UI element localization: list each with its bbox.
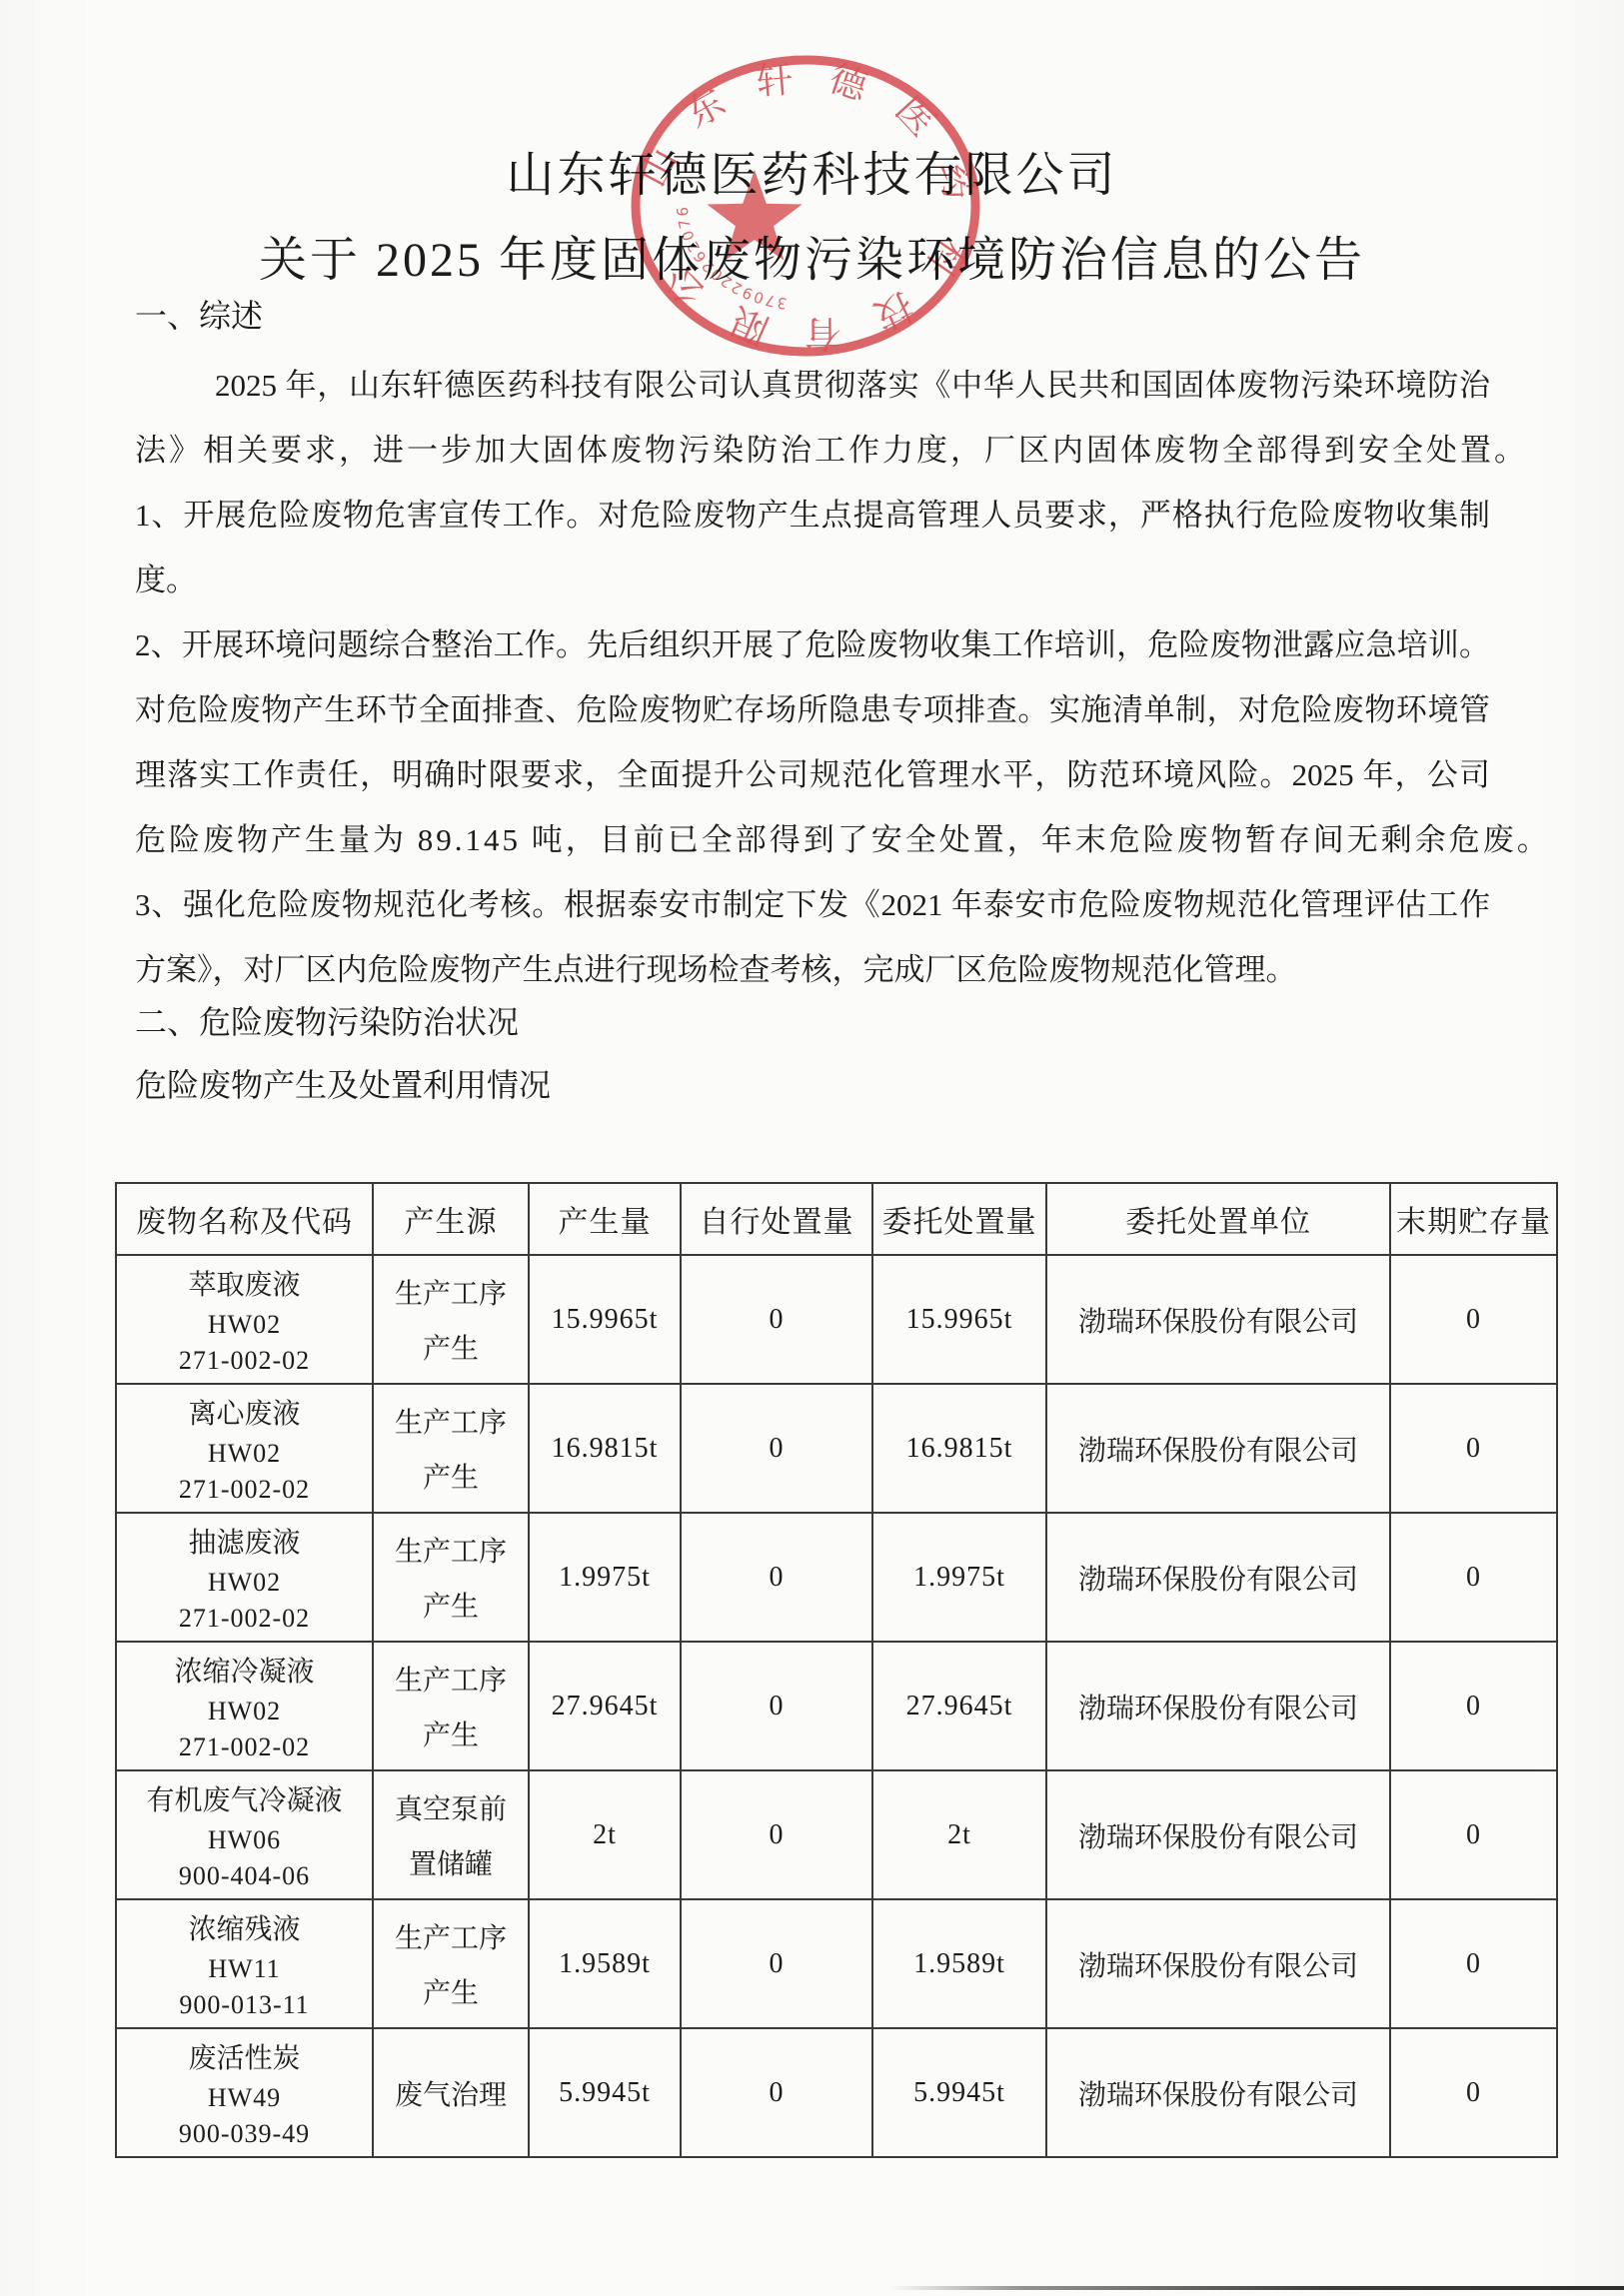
source-line: 产生 [423, 1456, 479, 1496]
self-disposed-amount: 0 [681, 1255, 872, 1384]
header-end-storage: 末期贮存量 [1390, 1183, 1557, 1255]
body-line: 度。 [135, 560, 1490, 601]
source-line: 生产工序 [395, 1401, 507, 1441]
waste-hw-code: HW11 [208, 1954, 280, 1984]
end-storage-amount: 0 [1390, 1642, 1557, 1770]
table-row: 离心废液HW02271-002-02 生产工序产生 16.9815t 0 16.… [116, 1384, 1557, 1513]
source-line: 生产工序 [395, 1916, 507, 1956]
waste-hw-code: HW02 [208, 1697, 281, 1726]
produced-amount: 15.9965t [529, 1255, 681, 1384]
entrusted-amount: 2t [872, 1770, 1046, 1899]
source-line: 产生 [423, 1971, 479, 2011]
end-storage-amount: 0 [1390, 1384, 1557, 1513]
source-line: 置储罐 [409, 1842, 493, 1882]
entrusted-amount: 16.9815t [872, 1384, 1046, 1513]
entrusted-amount: 1.9589t [872, 1899, 1046, 2028]
waste-name: 有机废气冷凝液 [146, 1778, 342, 1818]
self-disposed-amount: 0 [681, 1384, 872, 1513]
waste-hw-code: HW02 [208, 1310, 281, 1340]
source-line: 产生 [423, 1327, 479, 1367]
body-line: 危险废物产生量为 89.145 吨，目前已全部得到了安全处置，年末危险废物暂存间… [135, 819, 1490, 861]
waste-hw-code: HW49 [208, 2083, 281, 2113]
section-heading-hazwaste: 二、危险废物污染防治状况 [135, 1001, 1490, 1043]
table-row: 废活性炭HW49900-039-49 废气治理 5.9945t 0 5.9945… [116, 2028, 1557, 2157]
source-line: 废气治理 [395, 2073, 507, 2113]
table-row: 抽滤废液HW02271-002-02 生产工序产生 1.9975t 0 1.99… [116, 1513, 1557, 1642]
end-storage-amount: 0 [1390, 2028, 1557, 2157]
waste-code: 271-002-02 [179, 1732, 310, 1762]
table-row: 浓缩冷凝液HW02271-002-02 生产工序产生 27.9645t 0 27… [116, 1642, 1557, 1770]
table-row: 有机废气冷凝液HW06900-404-06 真空泵前置储罐 2t 0 2t 渤瑞… [116, 1770, 1557, 1899]
waste-name: 离心废液 [188, 1392, 300, 1432]
produced-amount: 27.9645t [529, 1642, 681, 1770]
waste-code: 271-002-02 [179, 1346, 310, 1376]
table-caption: 危险废物产生及处置利用情况 [135, 1064, 1490, 1106]
waste-code: 900-013-11 [179, 1990, 309, 2020]
disposal-unit: 渤瑞环保股份有限公司 [1046, 1899, 1390, 2028]
self-disposed-amount: 0 [681, 1642, 872, 1770]
seal-star [707, 170, 802, 261]
self-disposed-amount: 0 [681, 1899, 872, 2028]
source-line: 产生 [423, 1714, 479, 1753]
end-storage-amount: 0 [1390, 1513, 1557, 1642]
source-line: 真空泵前 [395, 1787, 507, 1827]
waste-code: 900-039-49 [179, 2119, 310, 2149]
body-line: 3、强化危险废物规范化考核。根据泰安市制定下发《2021 年泰安市危险废物规范化… [135, 884, 1490, 926]
self-disposed-amount: 0 [681, 2028, 872, 2157]
self-disposed-amount: 0 [681, 1770, 872, 1899]
scan-artifact-line [889, 2286, 1624, 2290]
header-waste-name: 废物名称及代码 [116, 1183, 373, 1255]
disposal-unit: 渤瑞环保股份有限公司 [1046, 1642, 1390, 1770]
company-seal: 山东轩德医药科技有限公司 3709220262076 [610, 40, 1009, 380]
waste-name: 浓缩冷凝液 [174, 1650, 314, 1690]
end-storage-amount: 0 [1390, 1770, 1557, 1899]
waste-code: 271-002-02 [179, 1604, 310, 1634]
disposal-unit: 渤瑞环保股份有限公司 [1046, 1384, 1390, 1513]
body-line: 法》相关要求，进一步加大固体废物污染防治工作力度，厂区内固体废物全部得到安全处置… [135, 430, 1490, 472]
end-storage-amount: 0 [1390, 1899, 1557, 2028]
waste-code: 900-404-06 [179, 1861, 310, 1891]
body-line: 1、开展危险废物危害宣传工作。对危险废物产生点提高管理人员要求，严格执行危险废物… [135, 495, 1490, 537]
header-self-disposed: 自行处置量 [681, 1183, 872, 1255]
body-line: 对危险废物产生环节全面排查、危险废物贮存场所隐患专项排查。实施清单制，对危险废物… [135, 689, 1490, 731]
body-line: 方案》，对厂区内危险废物产生点进行现场检查考核，完成厂区危险废物规范化管理。 [135, 949, 1490, 991]
waste-code: 271-002-02 [179, 1475, 310, 1505]
end-storage-amount: 0 [1390, 1255, 1557, 1384]
waste-name: 抽滤废液 [188, 1521, 300, 1561]
source-line: 产生 [423, 1585, 479, 1625]
produced-amount: 2t [529, 1770, 681, 1899]
header-source: 产生源 [373, 1183, 529, 1255]
disposal-unit: 渤瑞环保股份有限公司 [1046, 2028, 1390, 2157]
waste-hw-code: HW02 [208, 1568, 281, 1598]
waste-name: 萃取废液 [188, 1263, 300, 1303]
table-header-row: 废物名称及代码 产生源 产生量 自行处置量 委托处置量 委托处置单位 末期贮存量 [116, 1183, 1557, 1255]
self-disposed-amount: 0 [681, 1513, 872, 1642]
source-line: 生产工序 [395, 1530, 507, 1570]
entrusted-amount: 27.9645t [872, 1642, 1046, 1770]
table-row: 浓缩残液HW11900-013-11 生产工序产生 1.9589t 0 1.95… [116, 1899, 1557, 2028]
source-line: 生产工序 [395, 1272, 507, 1312]
body-line: 理落实工作责任，明确时限要求，全面提升公司规范化管理水平，防范环境风险。2025… [135, 754, 1490, 796]
produced-amount: 1.9589t [529, 1899, 681, 2028]
waste-hw-code: HW06 [208, 1825, 281, 1855]
header-produced: 产生量 [529, 1183, 681, 1255]
disposal-unit: 渤瑞环保股份有限公司 [1046, 1255, 1390, 1384]
entrusted-amount: 15.9965t [872, 1255, 1046, 1384]
header-disposal-unit: 委托处置单位 [1046, 1183, 1390, 1255]
entrusted-amount: 1.9975t [872, 1513, 1046, 1642]
produced-amount: 1.9975t [529, 1513, 681, 1642]
document-page: 山东轩德医药科技有限公司 关于 2025 年度固体废物污染环境防治信息的公告 一… [0, 0, 1624, 2296]
entrusted-amount: 5.9945t [872, 2028, 1046, 2157]
disposal-unit: 渤瑞环保股份有限公司 [1046, 1513, 1390, 1642]
header-entrusted: 委托处置量 [872, 1183, 1046, 1255]
produced-amount: 16.9815t [529, 1384, 681, 1513]
table-row: 萃取废液HW02271-002-02 生产工序产生 15.9965t 0 15.… [116, 1255, 1557, 1384]
produced-amount: 5.9945t [529, 2028, 681, 2157]
disposal-unit: 渤瑞环保股份有限公司 [1046, 1770, 1390, 1899]
waste-hw-code: HW02 [208, 1439, 281, 1469]
waste-name: 浓缩残液 [188, 1907, 300, 1947]
waste-table: 废物名称及代码 产生源 产生量 自行处置量 委托处置量 委托处置单位 末期贮存量… [115, 1182, 1558, 2158]
source-line: 生产工序 [395, 1659, 507, 1699]
body-line: 2、开展环境问题综合整治工作。先后组织开展了危险废物收集工作培训，危险废物泄露应… [135, 624, 1490, 666]
waste-name: 废活性炭 [188, 2036, 300, 2076]
